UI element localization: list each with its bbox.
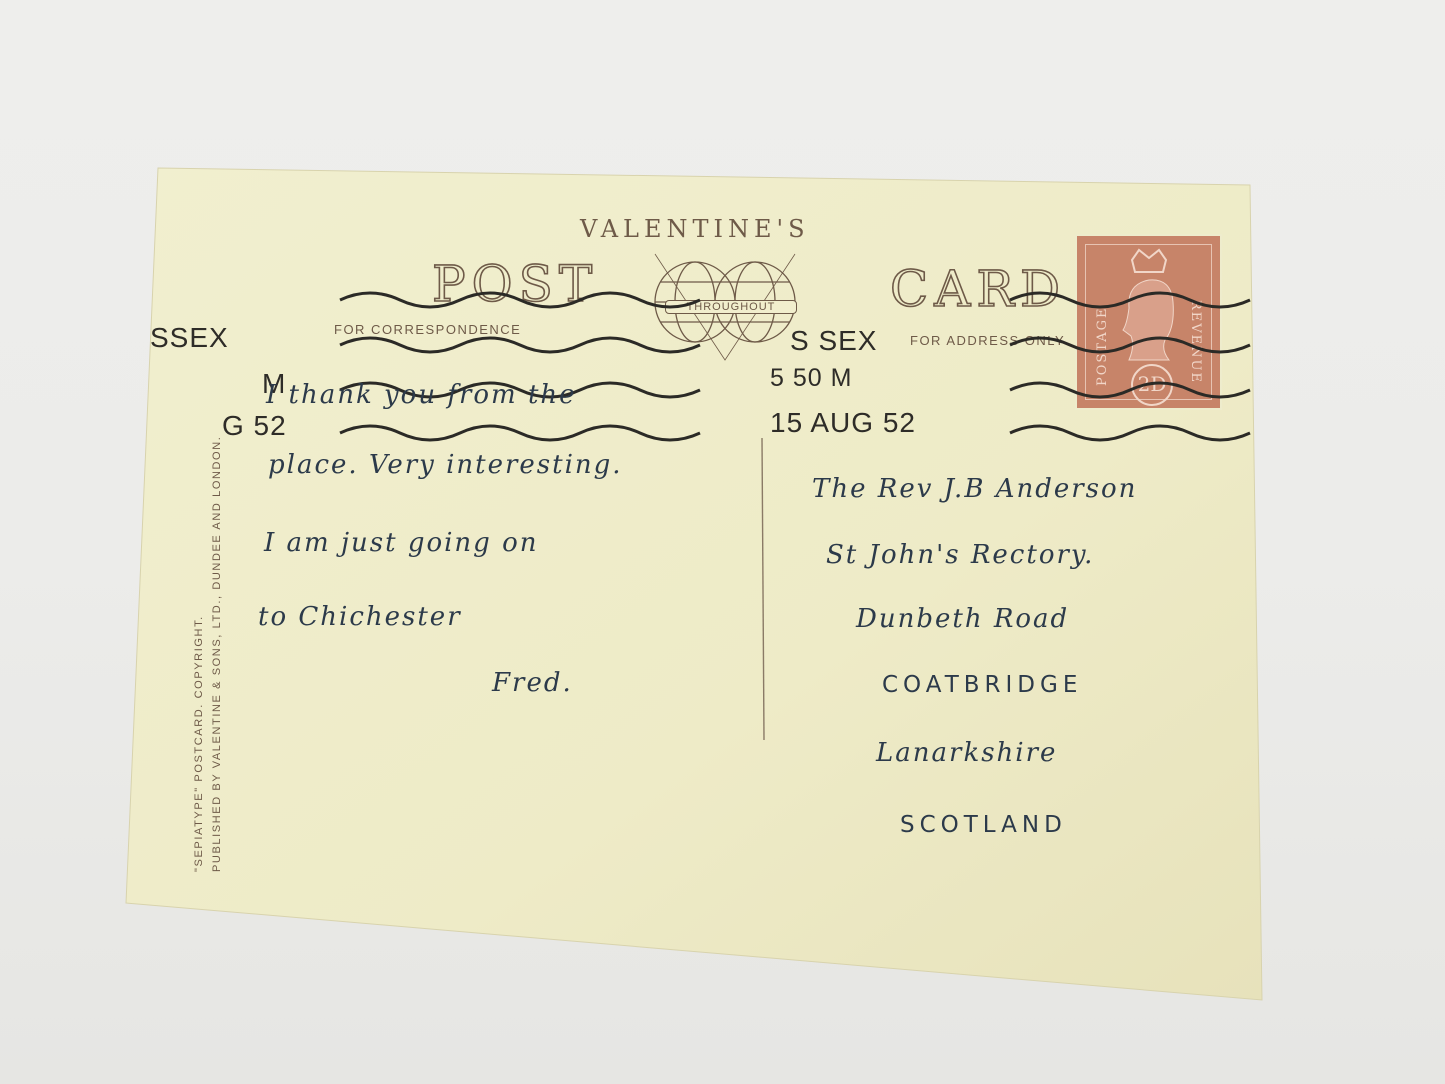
address-line-6: SCOTLAND	[900, 812, 1067, 838]
address-line-4: COATBRIDGE	[882, 672, 1082, 698]
message-line-4: to Chichester	[258, 602, 462, 632]
cancellation-lines	[0, 0, 1445, 1084]
address-line-1: The Rev J.B Anderson	[812, 474, 1137, 504]
address-line-2: St John's Rectory.	[826, 540, 1094, 570]
message-line-1: I thank you from the	[266, 380, 577, 410]
address-line-5: Lanarkshire	[876, 738, 1057, 768]
message-signature: Fred.	[492, 668, 573, 698]
message-line-2: place. Very interesting.	[268, 450, 623, 480]
address-line-3: Dunbeth Road	[856, 604, 1069, 634]
postcard: VALENTINE'S POST CARD THROUGHOUT FOR COR…	[0, 0, 1445, 1084]
message-line-3: I am just going on	[264, 528, 538, 558]
